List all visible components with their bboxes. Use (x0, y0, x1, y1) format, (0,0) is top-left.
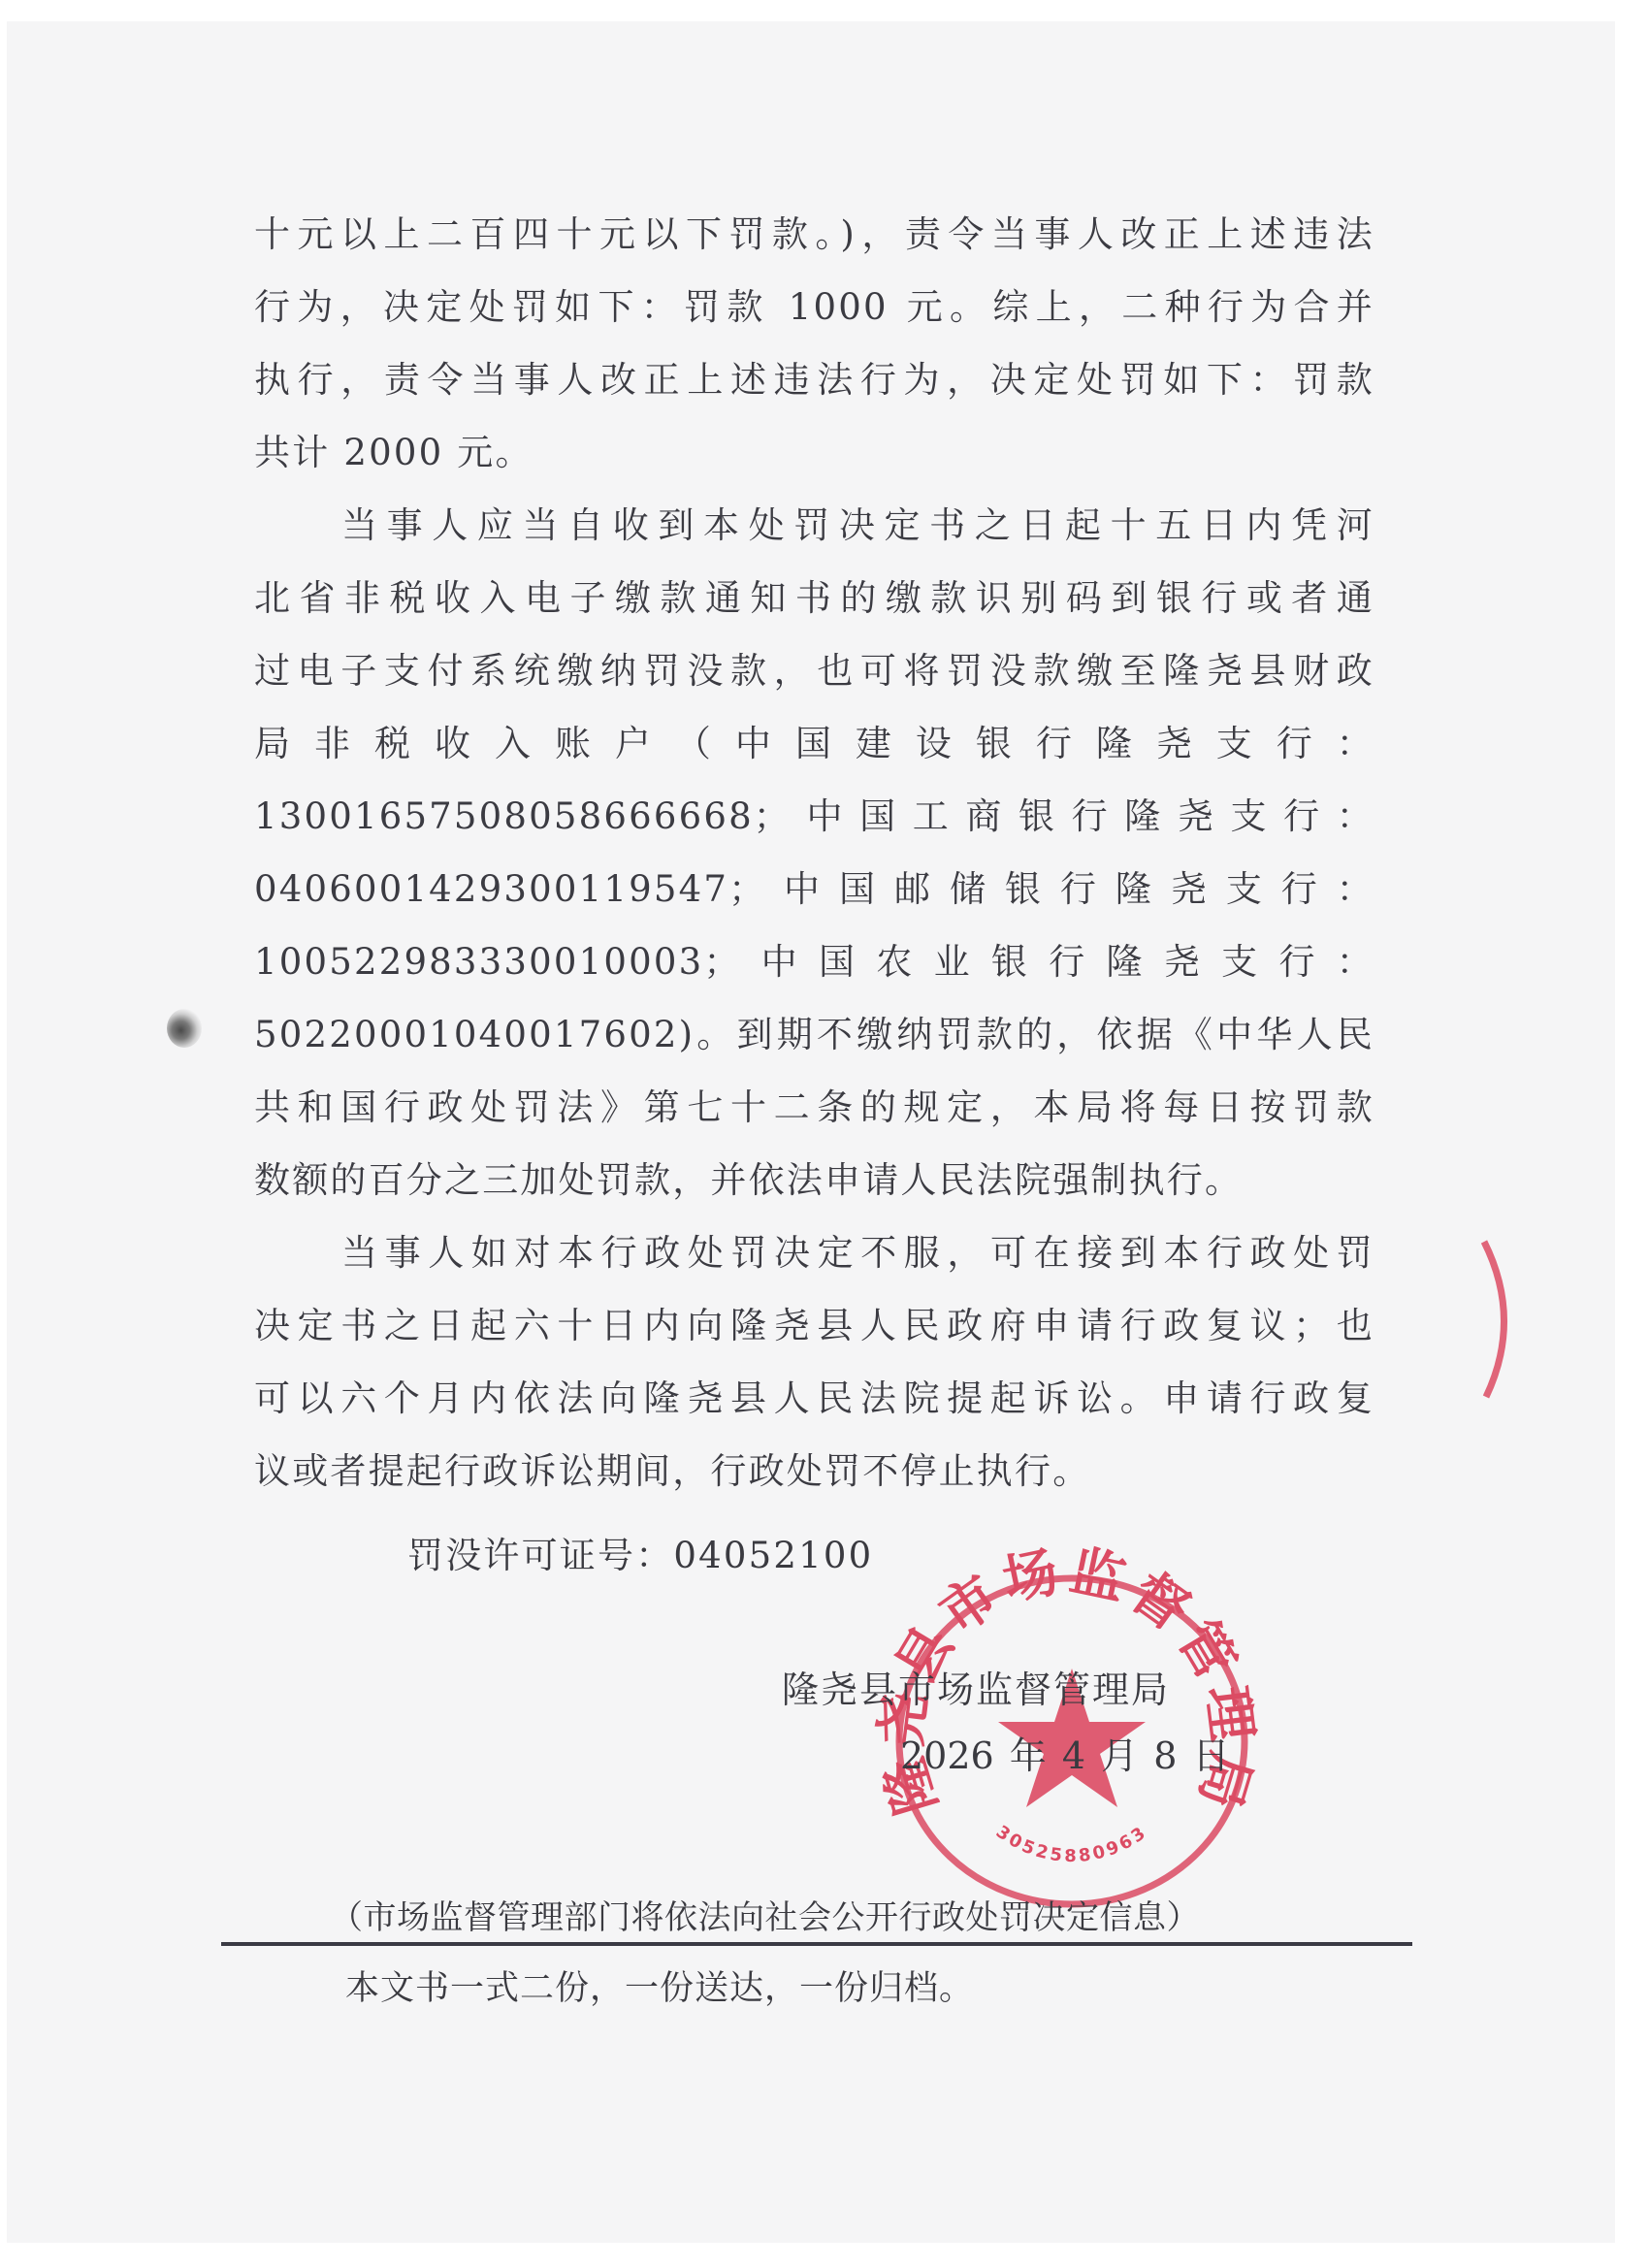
payment-text-line: 北省非税收入电子缴款通知书的缴款识别码到银行或者通 (254, 577, 1374, 620)
divider-line (221, 1942, 1412, 1946)
bank-account-line: 100522983330010003；中国农业银行隆尧支行： (254, 941, 1374, 984)
license-number: 罚没许可证号：04052100 (407, 1535, 873, 1577)
bank-account-line: 13001657508058666668；中国工商银行隆尧支行： (254, 795, 1374, 838)
issue-date: 2026 年 4 月 8 日 (900, 1734, 1229, 1777)
bank-account-line: 0406001429300119547；中国邮储银行隆尧支行： (254, 868, 1374, 911)
payment-text-line: 局非税收入账户（中国建设银行隆尧支行： (254, 723, 1374, 765)
disclosure-notice: （市场监督管理部门将依法向社会公开行政处罚决定信息） (330, 1896, 1200, 1939)
payment-text-line: 50220001040017602)。到期不缴纳罚款的，依据《中华人民 (254, 1014, 1374, 1056)
penalty-text-line: 行为，决定处罚如下：罚款 1000 元。综上，二种行为合并 (254, 286, 1374, 329)
payment-text-line: 数额的百分之三加处罚款，并依法申请人民法院强制执行。 (254, 1159, 1374, 1202)
payment-text-line: 共和国行政处罚法》第七十二条的规定，本局将每日按罚款 (254, 1086, 1374, 1129)
payment-text-line: 当事人应当自收到本处罚决定书之日起十五日内凭河 (341, 504, 1374, 547)
appeal-text-line: 议或者提起行政诉讼期间，行政处罚不停止执行。 (254, 1450, 1374, 1493)
payment-text-line: 过电子支付系统缴纳罚没款，也可将罚没款缴至隆尧县财政 (254, 650, 1374, 693)
penalty-text-line: 执行，责令当事人改正上述违法行为，决定处罚如下：罚款 (254, 359, 1374, 402)
appeal-text-line: 可以六个月内依法向隆尧县人民法院提起诉讼。申请行政复 (254, 1377, 1374, 1420)
appeal-text-line: 决定书之日起六十日内向隆尧县人民政府申请行政复议；也 (254, 1305, 1374, 1347)
penalty-text-line: 十元以上二百四十元以下罚款。)，责令当事人改正上述违法 (254, 213, 1374, 256)
ink-smudge (167, 1009, 202, 1048)
issuing-authority: 隆尧县市场监督管理局 (782, 1669, 1170, 1711)
penalty-total-line: 共计 2000 元。 (254, 432, 1374, 474)
appeal-text-line: 当事人如对本行政处罚决定不服，可在接到本行政处罚 (341, 1232, 1374, 1275)
copies-note: 本文书一式二份，一份送达，一份归档。 (345, 1967, 974, 2010)
